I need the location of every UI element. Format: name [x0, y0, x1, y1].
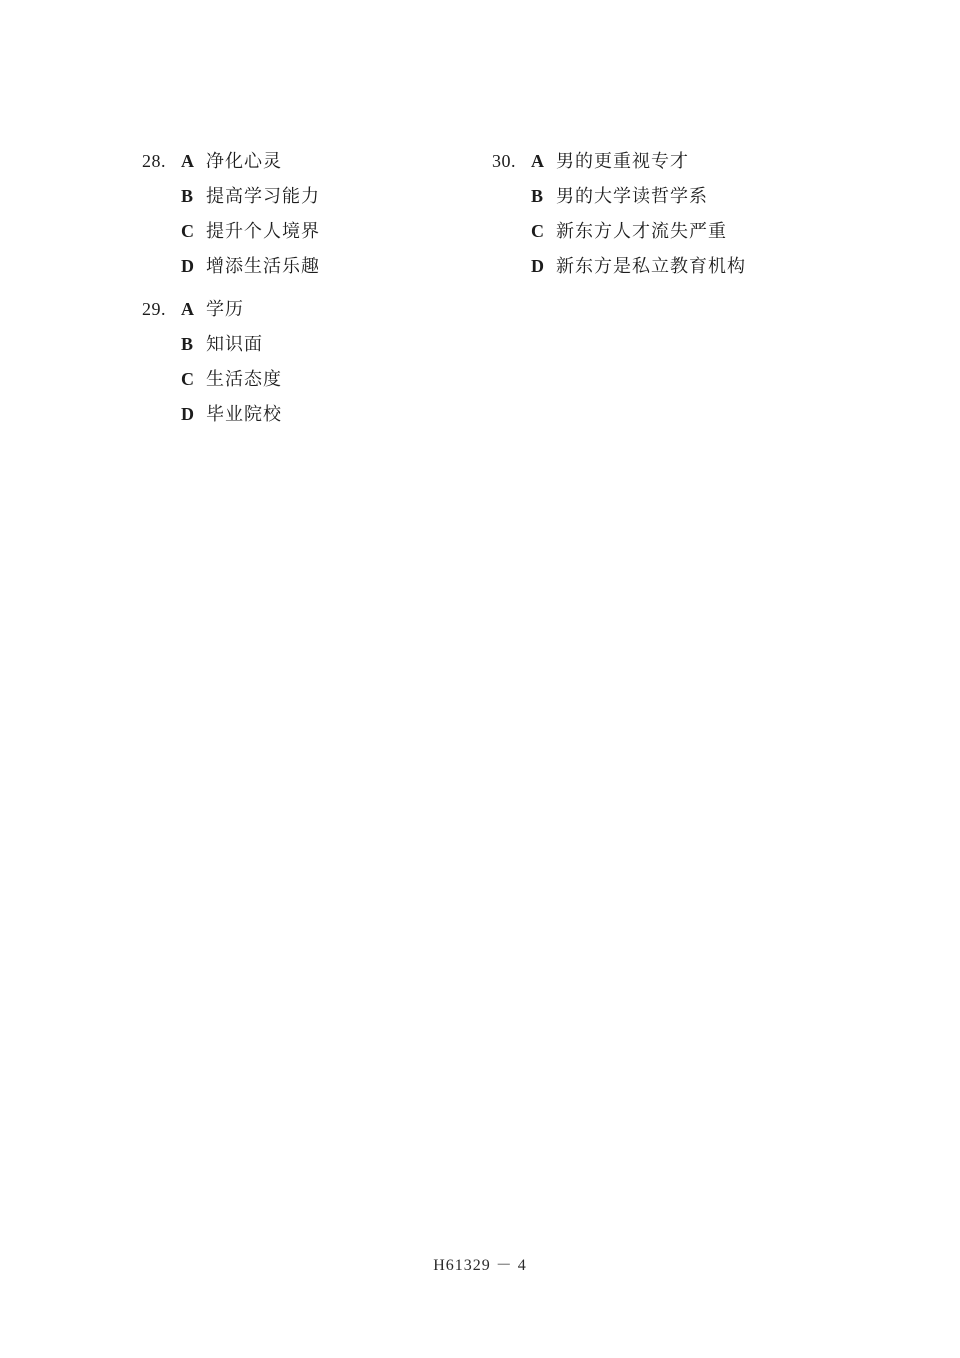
question-29: 29. A 学历 B 知识面 C 生活态度 D 毕业院校 [142, 292, 320, 432]
option-row: D 新东方是私立教育机构 [492, 249, 746, 284]
question-number: 28. [142, 144, 181, 179]
option-label: B [181, 327, 206, 362]
question-number: 29. [142, 292, 181, 327]
exam-page: 28. A 净化心灵 B 提高学习能力 C 提升个人境界 D 增添生活乐趣 [0, 0, 960, 1358]
option-text: 新东方人才流失严重 [556, 214, 727, 249]
question-30: 30. A 男的更重视专才 B 男的大学读哲学系 C 新东方人才流失严重 D 新… [492, 144, 746, 284]
option-row: C 新东方人才流失严重 [492, 214, 746, 249]
option-row: 28. A 净化心灵 [142, 144, 320, 179]
option-text: 提高学习能力 [206, 179, 320, 214]
option-text: 学历 [206, 292, 244, 327]
question-number: 30. [492, 144, 531, 179]
option-row: B 男的大学读哲学系 [492, 179, 746, 214]
option-label: A [531, 144, 556, 179]
option-row: B 知识面 [142, 327, 320, 362]
option-row: C 提升个人境界 [142, 214, 320, 249]
option-text: 净化心灵 [206, 144, 282, 179]
option-label: A [181, 292, 206, 327]
option-text: 知识面 [206, 327, 263, 362]
option-text: 提升个人境界 [206, 214, 320, 249]
option-row: D 增添生活乐趣 [142, 249, 320, 284]
option-label: C [531, 214, 556, 249]
option-label: D [181, 249, 206, 284]
option-text: 男的大学读哲学系 [556, 179, 708, 214]
option-text: 增添生活乐趣 [206, 249, 320, 284]
option-label: A [181, 144, 206, 179]
page-footer: H61329 － 4 [0, 1252, 960, 1275]
option-text: 生活态度 [206, 362, 282, 397]
option-row: 29. A 学历 [142, 292, 320, 327]
option-label: C [181, 362, 206, 397]
option-label: D [531, 249, 556, 284]
option-row: 30. A 男的更重视专才 [492, 144, 746, 179]
option-text: 新东方是私立教育机构 [556, 249, 746, 284]
option-label: B [181, 179, 206, 214]
question-28: 28. A 净化心灵 B 提高学习能力 C 提升个人境界 D 增添生活乐趣 [142, 144, 320, 284]
option-label: D [181, 397, 206, 432]
right-column: 30. A 男的更重视专才 B 男的大学读哲学系 C 新东方人才流失严重 D 新… [492, 144, 746, 292]
option-row: C 生活态度 [142, 362, 320, 397]
option-text: 男的更重视专才 [556, 144, 689, 179]
option-text: 毕业院校 [206, 397, 282, 432]
option-label: C [181, 214, 206, 249]
option-row: B 提高学习能力 [142, 179, 320, 214]
left-column: 28. A 净化心灵 B 提高学习能力 C 提升个人境界 D 增添生活乐趣 [142, 144, 320, 440]
option-label: B [531, 179, 556, 214]
option-row: D 毕业院校 [142, 397, 320, 432]
